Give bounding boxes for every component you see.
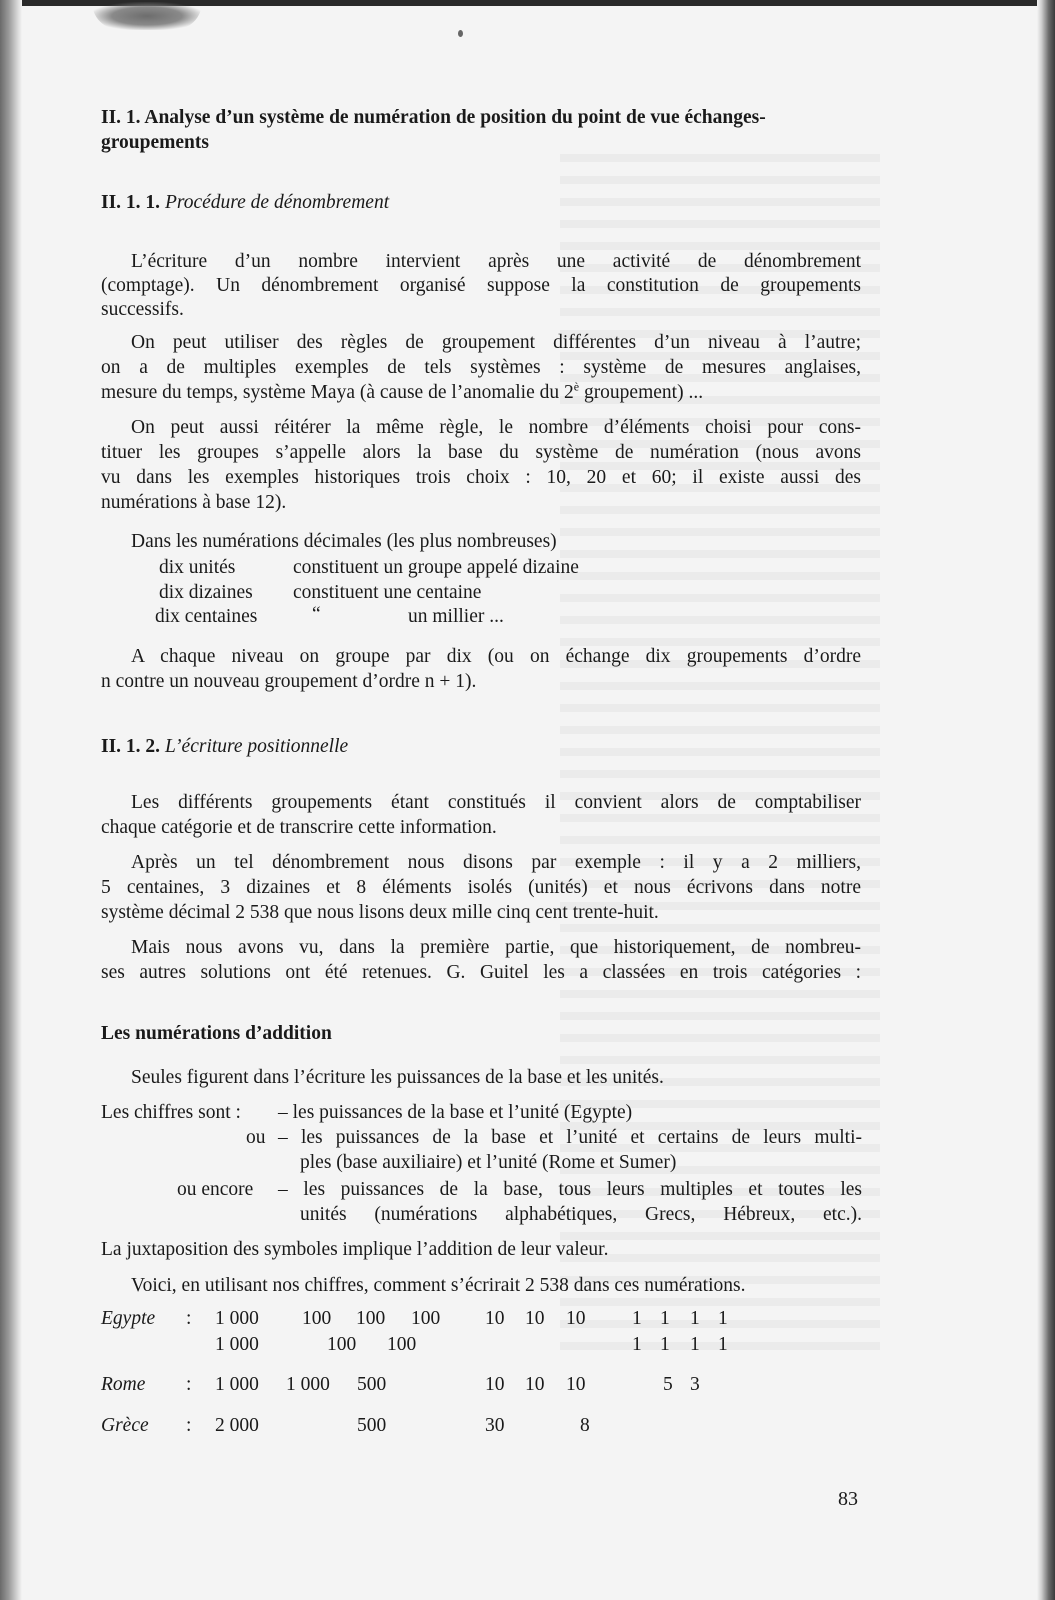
subsection-number: II. 1. 2. <box>101 736 160 757</box>
decimal-row-left: dix dizaines <box>159 581 253 605</box>
paragraph-line: ses autres solutions ont été retenues. G… <box>101 961 861 985</box>
table-cell: 1 <box>660 1333 670 1357</box>
table-cell: 2 000 <box>215 1414 259 1438</box>
scan-speck <box>458 30 463 37</box>
list-prefix: ou <box>246 1126 266 1150</box>
table-cell: 100 <box>327 1333 356 1357</box>
paragraph-line: tituer les groupes s’appelle alors la ba… <box>101 441 861 465</box>
paragraph-line: On peut aussi réitérer la même règle, le… <box>131 416 861 440</box>
paragraph-line: on a de multiples exemples de tels systè… <box>101 356 861 380</box>
paragraph-line: successifs. <box>101 298 184 322</box>
example-intro: Voici, en utilisant nos chiffres, commen… <box>131 1274 745 1298</box>
table-cell: 1 <box>660 1307 670 1331</box>
section-heading: II. 1. Analyse d’un système de numératio… <box>101 106 766 130</box>
text-span: groupement) ... <box>579 382 703 403</box>
table-cell: 1 000 <box>215 1307 259 1331</box>
subsection-title: L’écriture positionnelle <box>165 736 348 757</box>
table-cell: 8 <box>580 1414 590 1438</box>
table-cell: 1 <box>718 1307 728 1331</box>
table-cell: 30 <box>485 1414 505 1438</box>
paragraph-line: Mais nous avons vu, dans la première par… <box>131 936 861 960</box>
list-item-line: unités (numérations alphabétiques, Grecs… <box>300 1203 862 1227</box>
colon: : <box>186 1373 191 1397</box>
paragraph-line: mesure du temps, système Maya (à cause d… <box>101 381 703 405</box>
table-cell: 500 <box>357 1373 386 1397</box>
list-prefix: ou encore <box>177 1178 253 1202</box>
paragraph-line: n contre un nouveau groupement d’ordre n… <box>101 670 476 694</box>
colon: : <box>186 1414 191 1438</box>
table-cell: 10 <box>525 1307 545 1331</box>
page-edge-shadow <box>1037 0 1055 1600</box>
paragraph-line: On peut utiliser des règles de groupemen… <box>131 331 861 355</box>
paragraph-line: Les différents groupements étant constit… <box>131 791 861 815</box>
table-cell: 100 <box>356 1307 385 1331</box>
table-cell: 10 <box>566 1373 586 1397</box>
table-cell: 100 <box>302 1307 331 1331</box>
subsection-title: Procédure de dénombrement <box>165 192 389 213</box>
table-cell: 1 <box>690 1307 700 1331</box>
table-cell: 1 000 <box>215 1373 259 1397</box>
list-item-line: – les puissances de la base et l’unité (… <box>278 1101 632 1125</box>
paragraph-line: Après un tel dénombrement nous disons pa… <box>131 851 861 875</box>
table-cell: 100 <box>411 1307 440 1331</box>
example-label: Rome <box>101 1373 145 1397</box>
colon: : <box>186 1307 191 1331</box>
table-cell: 10 <box>485 1373 505 1397</box>
paragraph-line: vu dans les exemples historiques trois c… <box>101 466 861 490</box>
section-title-line1: Analyse d’un système de numération de po… <box>144 107 765 128</box>
example-label: Egypte <box>101 1307 155 1331</box>
page-binding-shadow <box>0 0 22 1600</box>
table-cell: 10 <box>525 1373 545 1397</box>
juxtaposition-line: La juxtaposition des symboles implique l… <box>101 1238 608 1262</box>
paragraph-line: A chaque niveau on groupe par dix (ou on… <box>131 645 861 669</box>
decimal-row-right: un millier ... <box>408 605 504 629</box>
decimal-row-left: dix centaines <box>155 605 257 629</box>
chiffres-label: Les chiffres sont : <box>101 1101 241 1125</box>
list-item-line: – les puissances de la base, tous leurs … <box>278 1178 862 1202</box>
example-label: Grèce <box>101 1414 149 1438</box>
decimal-row-right: constituent un groupe appelé dizaine <box>293 556 579 580</box>
addition-heading: Les numérations d’addition <box>101 1022 332 1046</box>
paragraph-line: numérations à base 12). <box>101 491 286 515</box>
decimal-intro: Dans les numérations décimales (les plus… <box>131 530 557 554</box>
subsection-number: II. 1. 1. <box>101 192 160 213</box>
section-title-line2: groupements <box>101 131 209 155</box>
subsection-heading: II. 1. 2. L’écriture positionnelle <box>101 735 348 759</box>
table-cell: 1 <box>690 1333 700 1357</box>
decimal-row-right: constituent une centaine <box>293 581 481 605</box>
section-number: II. 1. <box>101 107 141 128</box>
paragraph-line: système décimal 2 538 que nous lisons de… <box>101 901 659 925</box>
table-cell: 1 <box>718 1333 728 1357</box>
ditto-mark: “ <box>312 603 321 627</box>
table-cell: 500 <box>357 1414 386 1438</box>
page-number: 83 <box>838 1488 858 1511</box>
paragraph-line: (comptage). Un dénombrement organisé sup… <box>101 274 861 298</box>
paragraph-line: L’écriture d’un nombre intervient après … <box>131 250 861 274</box>
paragraph-line: chaque catégorie et de transcrire cette … <box>101 816 497 840</box>
table-cell: 1 000 <box>286 1373 330 1397</box>
table-cell: 100 <box>387 1333 416 1357</box>
table-cell: 3 <box>690 1373 700 1397</box>
table-cell: 1 <box>632 1307 642 1331</box>
paragraph-line: 5 centaines, 3 dizaines et 8 éléments is… <box>101 876 861 900</box>
text-span: mesure du temps, système Maya (à cause d… <box>101 382 574 403</box>
scan-smudge <box>92 2 202 30</box>
subsection-heading: II. 1. 1. Procédure de dénombrement <box>101 191 389 215</box>
table-cell: 1 <box>632 1333 642 1357</box>
decimal-row-left: dix unités <box>159 556 235 580</box>
table-cell: 10 <box>566 1307 586 1331</box>
table-cell: 1 000 <box>215 1333 259 1357</box>
list-item-line: ples (base auxiliaire) et l’unité (Rome … <box>300 1151 676 1175</box>
list-item-line: – les puissances de la base et l’unité e… <box>278 1126 862 1150</box>
table-cell: 10 <box>485 1307 505 1331</box>
bleed-through-text <box>560 140 880 1360</box>
table-cell: 5 <box>663 1373 673 1397</box>
addition-intro: Seules figurent dans l’écriture les puis… <box>131 1066 664 1090</box>
